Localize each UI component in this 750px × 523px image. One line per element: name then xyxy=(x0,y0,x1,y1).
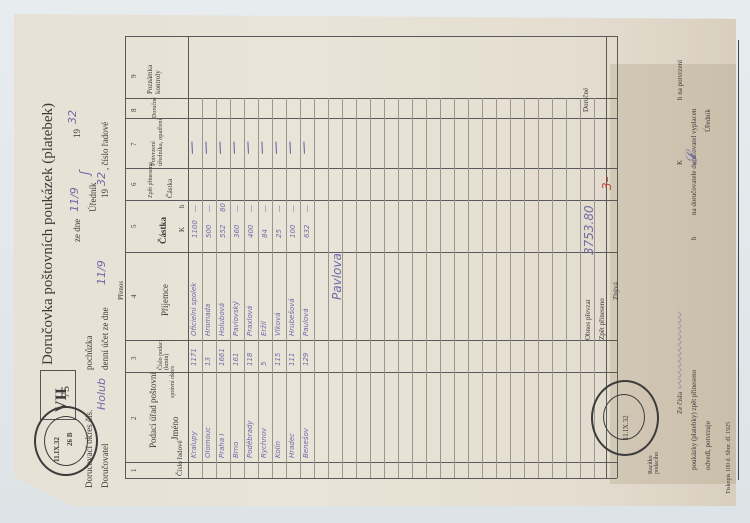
district-box-number: 75 xyxy=(58,386,73,398)
ze-dne-label: ze dne xyxy=(72,219,82,242)
table-border-bottom xyxy=(125,478,617,479)
denni-ucet-year-prefix: 19 xyxy=(100,189,110,198)
prenos-label: Přenos xyxy=(117,281,125,300)
row1-prijemce: Oficielní spolek xyxy=(190,283,198,336)
urednik-label: Úředník xyxy=(88,183,98,213)
col7-num: 7 xyxy=(130,143,138,147)
pochuzka-label: pochůzka xyxy=(84,336,94,370)
col-sep-2 xyxy=(125,462,617,463)
row-line xyxy=(216,98,217,478)
col8-label: Doručné xyxy=(152,97,158,118)
col2-sub-jmeno: Jméno xyxy=(170,417,180,441)
col-sep-3 xyxy=(125,372,617,373)
footer-line2: poukázky (platebky) zpět přineseno xyxy=(690,370,698,470)
row9-castka: 632 xyxy=(303,225,311,238)
stray-handwriting: Pavlova xyxy=(330,253,344,300)
cislo-radove-label: , číslo řadové xyxy=(100,122,110,170)
row2-castka: 500 xyxy=(205,225,213,238)
row3-prijemce: Holubová xyxy=(218,303,226,336)
row-line xyxy=(524,98,525,478)
row7-castka-h: — xyxy=(275,205,283,212)
row9-prijemce: Paulová xyxy=(302,308,310,336)
zpet-prineseno-label: Zpět přineseno xyxy=(598,298,606,340)
row7-castka: 25 xyxy=(275,229,283,238)
row-line xyxy=(482,98,483,478)
row-line xyxy=(412,98,413,478)
row4-podaci: 161 xyxy=(232,353,240,366)
row-line xyxy=(230,98,231,478)
row3-castka: 552 xyxy=(219,225,227,238)
col-sep-9 xyxy=(125,98,617,99)
row2-castka-h: — xyxy=(205,205,213,212)
row5-podaci: 118 xyxy=(246,353,254,366)
row1-castka: 1100 xyxy=(191,220,199,238)
h-label: h xyxy=(690,237,698,241)
odvedl-potvrzuje: odvedl, potvrzuje xyxy=(704,421,712,470)
dorucovatel-label: Doručovatel xyxy=(100,444,110,488)
row-line xyxy=(286,98,287,478)
row3-podaci: 1661 xyxy=(218,348,226,366)
razitko-label: Razítko podacího xyxy=(648,440,660,474)
row5-urad: Poděbrady xyxy=(246,421,254,458)
year-value: 32 xyxy=(66,110,79,124)
row-line xyxy=(370,98,371,478)
row3-castka-h: 80 xyxy=(219,203,227,212)
row-line xyxy=(202,98,203,478)
col2-num: 2 xyxy=(130,417,138,421)
row9-podaci: 129 xyxy=(302,353,310,366)
col1-label: Číslo řadové xyxy=(176,440,184,476)
row4-castka: 360 xyxy=(233,225,241,238)
row1-urad: Kralupy xyxy=(190,431,198,458)
col8-num: 8 xyxy=(130,109,138,113)
stamp-right-date: 11.IX.32 xyxy=(622,415,630,440)
obnos-prevzat-label: Obnos převzat xyxy=(584,299,592,340)
row7-prijemce: Vlková xyxy=(274,312,282,336)
urednik-signature: ʃ xyxy=(78,171,93,175)
col9-num: 9 xyxy=(130,75,138,79)
row-line xyxy=(468,98,469,478)
tiskopis-label: Tiskopis 100 d. Sbor. dl. 1925 xyxy=(726,422,732,494)
col3-num: 3 xyxy=(130,357,138,361)
col9-label: Poznámka kontroly xyxy=(146,54,162,94)
row2-podaci: 13 xyxy=(204,357,212,366)
row8-castka-h: — xyxy=(289,205,297,212)
document-title: Doručovka poštovních poukázek (platebek) xyxy=(40,103,57,365)
row-line xyxy=(258,98,259,478)
row1-podaci: 1171 xyxy=(190,348,198,366)
col6-sub-castka: Částka xyxy=(166,179,174,198)
row-line xyxy=(356,98,357,478)
year-prefix: 19 xyxy=(72,129,82,138)
row1-castka-h: — xyxy=(191,205,199,212)
zbyva-label: Zbývá xyxy=(612,282,620,300)
dorucovatel-value: Holub xyxy=(95,378,108,410)
wavy-line: 〰〰〰〰〰〰〰 xyxy=(672,313,688,390)
col-sep-6 xyxy=(125,200,617,201)
row2-urad: Olomouc xyxy=(204,427,212,458)
row8-urad: Hradec xyxy=(288,433,296,458)
h-na-potvrzeni-label: h na potvrzení xyxy=(676,60,684,100)
row9-urad: Benešov xyxy=(302,428,310,458)
table-border-left xyxy=(125,36,126,478)
col4-num: 4 xyxy=(130,295,138,299)
dorucne-total-label: Doručné xyxy=(582,88,590,112)
footer-urednik: Úředník xyxy=(704,109,712,132)
row-line xyxy=(440,98,441,478)
row6-prijemce: Eržil xyxy=(260,321,268,336)
row-line xyxy=(538,98,539,478)
row4-prijemce: Pavlovský xyxy=(232,301,240,336)
col-sep-4 xyxy=(125,340,617,341)
ze-dne-value: 11/9 xyxy=(68,187,81,212)
col-sep-7 xyxy=(125,168,617,169)
red-mark: 3– xyxy=(600,176,614,190)
row2-prijemce: Hromada xyxy=(204,304,212,336)
row5-castka: 400 xyxy=(247,225,255,238)
row4-urad: Brno xyxy=(232,442,240,458)
stamp-left-code: 26 B xyxy=(66,433,74,446)
col4-label: Příjemce xyxy=(160,284,170,316)
row-line xyxy=(426,98,427,478)
row7-podaci: 115 xyxy=(274,353,282,366)
col2-sub-okres: správní okres xyxy=(170,366,176,398)
row-line xyxy=(580,98,581,478)
col3-label: Číslo podací (kmin) xyxy=(158,334,170,370)
row7-urad: Kolín xyxy=(274,441,282,458)
footer-signature: 𝒮 xyxy=(682,153,702,165)
col5-sub-k: K xyxy=(178,227,186,232)
row6-castka-h: — xyxy=(261,205,269,212)
col6-num: 6 xyxy=(130,183,138,187)
row6-castka: 84 xyxy=(261,229,269,238)
obnos-value: 3753.80 xyxy=(582,205,596,255)
row-line xyxy=(300,98,301,478)
row3-urad: Praha I xyxy=(218,434,226,458)
row-line xyxy=(454,98,455,478)
row8-prijemce: Hrubešová xyxy=(288,298,296,336)
col5-num: 5 xyxy=(130,225,138,229)
table-border-top xyxy=(125,36,617,37)
row-line xyxy=(398,98,399,478)
denni-ucet-year: 32 xyxy=(95,172,108,186)
row-line xyxy=(566,98,567,478)
row-line xyxy=(272,98,273,478)
denni-ucet-value: 11/9 xyxy=(95,260,108,285)
col5-sub-h: h xyxy=(178,205,186,209)
row-line xyxy=(384,98,385,478)
col-sep-8 xyxy=(125,118,617,119)
row9-castka-h: — xyxy=(303,205,311,212)
row-line xyxy=(496,98,497,478)
row-line xyxy=(314,98,315,478)
row6-urad: Rychnov xyxy=(260,428,268,458)
row4-castka-h: — xyxy=(233,205,241,212)
row8-castka: 100 xyxy=(289,225,297,238)
denni-ucet-label: denní účet ze dne xyxy=(100,307,110,370)
stamp-left-date: 11.IX.32 xyxy=(53,437,61,462)
row8-podaci: 111 xyxy=(288,353,296,366)
row-line xyxy=(328,98,329,478)
col5-label: Částka xyxy=(158,217,168,244)
row-line xyxy=(552,98,553,478)
col-sep-5 xyxy=(125,252,617,253)
row6-podaci: 5 xyxy=(260,362,268,366)
col7-label: Potvrzení úředníka, opatření xyxy=(150,116,164,166)
ze-cisla-label: Ze čísla xyxy=(676,392,684,414)
col6-label: Zpět přineseno xyxy=(148,162,154,198)
row-line xyxy=(510,98,511,478)
header-divider xyxy=(188,36,189,478)
footer-rule xyxy=(738,40,739,480)
row-line xyxy=(244,98,245,478)
col2-label: Podací úřad poštovní xyxy=(148,372,158,448)
row5-castka-h: — xyxy=(247,205,255,212)
col1-num: 1 xyxy=(130,469,138,473)
row5-prijemce: Praxlová xyxy=(246,306,254,336)
